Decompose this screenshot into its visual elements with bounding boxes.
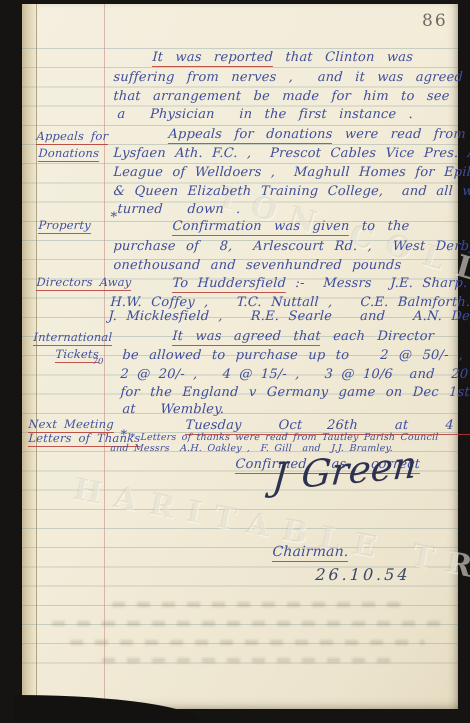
minutes-line: * Letters of thanks were read from Tautl… — [130, 432, 439, 443]
minutes-line: Appeals for donations were read from — [168, 127, 466, 142]
minutes-line: To Huddersfield :- Messrs J.E. Sharp. — [172, 276, 468, 291]
minutes-line: It was agreed that each Director — [172, 329, 434, 344]
margin-rule-line — [104, 4, 105, 709]
minutes-line: J. Micklesfield , R.E. Searle and A.N. D… — [108, 309, 470, 324]
red-underlined-phrase: It was agreed that — [172, 329, 321, 346]
minutes-line: that arrangement be made for him to see — [113, 89, 450, 104]
minutes-text: that Clinton was — [273, 50, 414, 65]
minutes-line: turned down . — [117, 202, 241, 217]
minutes-line: onethousand and sevenhundred pounds — [113, 258, 402, 273]
page-corner-shadow — [14, 695, 199, 722]
minutes-line: 2 @ 20/- , 4 @ 15/- , 3 @ 10/6 and 20 @ … — [120, 367, 470, 382]
margin-note-next-meeting: Next Meeting — [28, 417, 114, 432]
margin-note-appeals: Donations — [38, 146, 100, 161]
red-underlined-phrase: To Huddersfield — [172, 276, 287, 293]
red-underlined-phrase: Appeals for donations — [168, 127, 333, 144]
margin-note-directors-away: Directors Away — [36, 275, 132, 290]
scanned-document-background: TON COLLEC HARITABLE TRU 86 It was repor… — [0, 0, 470, 723]
minutes-line: Confirmation was given to the — [172, 219, 410, 234]
minutes-line: at Wembley. — [122, 402, 225, 417]
minutes-line: It was reported that Clinton was — [152, 50, 413, 65]
asterisk-mark: * — [120, 428, 127, 443]
bleed-through-text — [52, 621, 447, 626]
red-underlined-phrase: Confirmation was given — [172, 219, 350, 236]
page-number: 86 — [422, 11, 448, 31]
minute-book-page: TON COLLEC HARITABLE TRU 86 It was repor… — [22, 4, 458, 709]
margin-note-international: International — [33, 330, 113, 345]
confirmation-date: 26.10.54 — [315, 567, 411, 582]
red-underlined-phrase: It was reported — [152, 50, 274, 67]
minutes-line: for the England v Germany game on Dec 1s… — [120, 385, 470, 400]
bleed-through-text — [102, 658, 397, 663]
minutes-line: League of Welldoers , Maghull Homes for … — [113, 165, 470, 180]
minutes-line: Tuesday Oct 26th at 4 p.m. — [185, 418, 470, 433]
chairman-signature: J Green — [272, 457, 418, 485]
margin-note-appeals: Appeals for — [36, 129, 109, 144]
bleed-through-text — [70, 640, 425, 645]
minutes-line: be allowed to purchase up to 2 @ 50/- , — [122, 348, 464, 363]
minutes-line: Lysfaen Ath. F.C. , Prescot Cables Vice … — [113, 146, 470, 161]
minutes-line: & Queen Elizabeth Training College, and … — [113, 184, 470, 199]
minutes-line: purchase of 8, Arlescourt Rd. , West Der… — [113, 239, 470, 254]
bleed-through-text — [112, 602, 412, 607]
minutes-line: H.W. Coffey , T.C. Nuttall , C.E. Balmfo… — [110, 295, 470, 310]
margin-aside-number: 70 — [92, 355, 104, 370]
asterisk-mark: * — [110, 210, 117, 225]
minutes-line: suffering from nerves , and it was agree… — [113, 70, 463, 85]
signature-role: Chairman. — [272, 545, 349, 560]
margin-note-property: Property — [38, 218, 91, 233]
minutes-line: a Physician in the first instance . — [117, 107, 413, 122]
